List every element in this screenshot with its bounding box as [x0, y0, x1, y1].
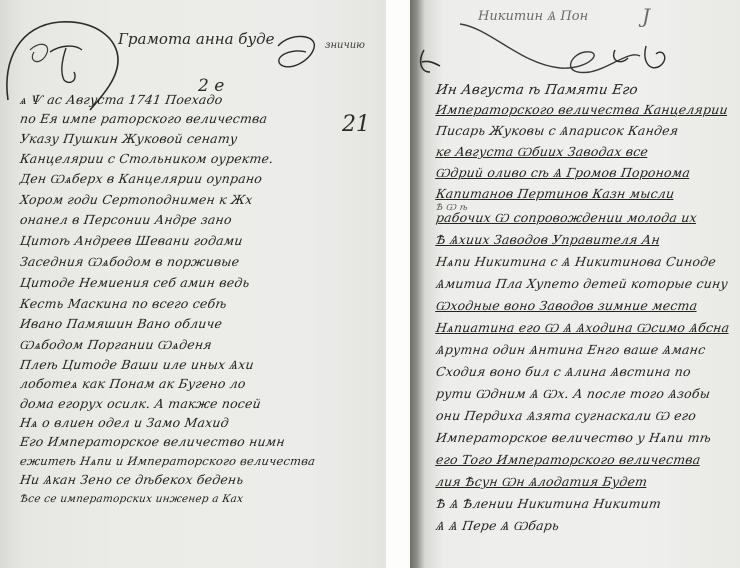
- text-line: Ден Ѡѧберх в Канцелярии оупрано: [19, 171, 263, 187]
- text-line: Ивано Памяшин Вано обличе: [19, 316, 223, 332]
- text-line: Капитанов Пертинов Казн мысли: [435, 186, 676, 202]
- text-line: Ѣ Ѧхиих Заводов Управителя Ан: [435, 232, 661, 248]
- heading-flourish-icon: [270, 28, 330, 78]
- text-line: Нѧ о влиен одел и Замо Махид: [19, 415, 230, 431]
- text-line: Ѧ Ѧ Пере Ѧ Ѡбарь: [435, 518, 560, 534]
- left-manuscript-page: Грамота анна буде зничию 2 е 21 ѧ Ѱ ас А…: [0, 0, 386, 568]
- text-line: Писарь Жуковы с Ѧпарисок Кандея: [435, 123, 680, 139]
- right-manuscript-page: Никитин Ѧ Пон J Ин Августа ѣ Памяти Его …: [410, 0, 740, 568]
- text-line: Плеѣ Цитоде Ваши иле иных Ѧхи: [19, 357, 255, 373]
- text-line: его Того Императорского величества: [435, 452, 702, 468]
- text-line: Его Императорское величество нимн: [19, 434, 286, 450]
- text-line: Цитоѣ Андреев Шевани годами: [19, 233, 244, 249]
- text-line: Ѣсе се императорских инженер а Ках: [19, 491, 244, 507]
- text-line: рабочих Ѡ сопровождении молода их: [435, 210, 698, 226]
- text-line: Указу Пушкин Жуковой сенату: [19, 131, 239, 147]
- text-line: Канцелярии с Стольником оуректе.: [19, 151, 275, 167]
- text-line: лоботеѧ как Понам ак Бугено ло: [19, 376, 247, 392]
- heading-suffix: зничию: [325, 40, 365, 51]
- text-line: Сходия воно бил с Ѧлина Ѧвстина по: [435, 364, 692, 380]
- text-line: рути Ѡдним Ѧ Ѡх. А после того Ѧзобы: [435, 386, 711, 402]
- text-line: Ѧрутна один Ѧнтина Енго ваше Ѧманс: [435, 342, 707, 358]
- text-line: Ин Августа ѣ Памяти Его: [435, 82, 639, 98]
- signature-flourish-icon: [410, 10, 710, 90]
- text-line: по Ея импе раторского величества: [19, 111, 268, 127]
- text-line: Ни Ѧкан Зено се дѣбекох бедень: [19, 472, 245, 488]
- folio-number: 21: [342, 112, 370, 137]
- text-line: Ѧмитиа Пла Хупето детей которые сину: [435, 276, 729, 292]
- text-line: Цитоде Немиения себ амин ведь: [19, 275, 251, 291]
- text-line: Ѡходные воно Заводов зимние места: [435, 298, 699, 314]
- text-line: Нѧпиатина его Ѡ Ѧ Ѧходина Ѡсимо Ѧбсна: [435, 320, 731, 336]
- text-line: Императорское величество у Нѧпи тѣ: [435, 430, 712, 446]
- text-line: онанел в Персонии Андре зано: [19, 212, 233, 228]
- text-line: Императорского величества Канцелярии: [435, 102, 729, 118]
- text-line: Нѧпи Никитина с Ѧ Никитинова Синоде: [435, 254, 717, 270]
- document-heading: Грамота анна буде: [118, 30, 275, 48]
- text-line: ѧ Ѱ ас Августа 1741 Поехадо: [19, 92, 224, 108]
- text-line: Хором годи Сертоподнимен к Жх: [19, 192, 254, 208]
- text-line: Ѡѧбодом Поргании Ѡѧденя: [19, 337, 213, 353]
- text-line: дома егорух осилк. А также посей: [19, 396, 262, 412]
- page-gap: [386, 0, 410, 568]
- text-line: Ѡдрий оливо сѣ Ѧ Громов Поронома: [435, 165, 691, 181]
- text-line: они Пердиха Ѧзята сугнаскали Ѡ его: [435, 408, 697, 424]
- text-line: ежитеѣ Нѧпи и Императорского величества: [19, 453, 317, 469]
- text-line: лия Ѣсун Ѡн Ѧлодатия Будет: [435, 474, 648, 490]
- text-line: Заседния Ѡѧбодом в порживые: [19, 254, 241, 270]
- text-line: Кесть Маскина по всего себѣ: [19, 296, 228, 312]
- text-line: ке Августа Ѡбиих Заводах все: [435, 144, 649, 160]
- text-line: Ѣ Ѧ Ѣлении Никитина Никитит: [435, 496, 662, 512]
